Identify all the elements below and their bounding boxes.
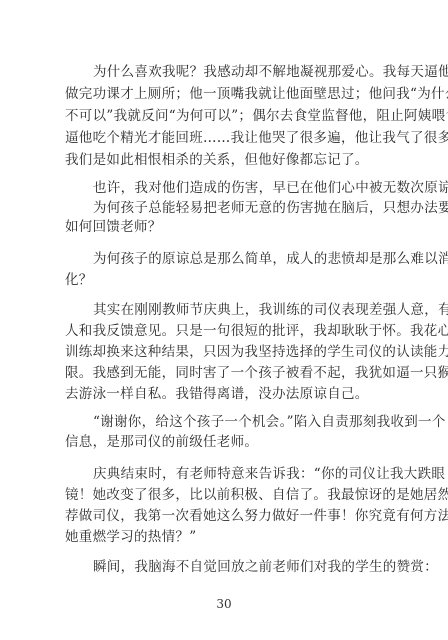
- text-line: 信息，是那司仪的前级任老师。: [65, 434, 387, 450]
- text-line: 荐做司仪，我第一次看她这么努力做好一件事！你究竟有何方法让: [65, 508, 387, 524]
- text-line: 庆典结束时，有老师特意来告诉我：“你的司仪让我大跌眼: [93, 466, 387, 482]
- text-line: 去游泳一样自私。我错得离谱，没办法原谅自己。: [65, 386, 387, 402]
- text-line: 如何回馈老师？: [65, 219, 387, 235]
- text-line: 不可以”我就反问“为何可以”；偶尔去食堂监督他，阻止阿姨喂食，: [65, 108, 387, 124]
- text-line: 做完功课才上厕所；他一顶嘴我就让他面壁思过；他问我“为什么: [65, 86, 387, 102]
- text-line: 也许，我对他们造成的伤害，早已在他们心中被无数次原谅。: [93, 180, 387, 196]
- text-line: 为何孩子的原谅总是那么简单，成人的悲愤却是那么难以消: [93, 251, 387, 267]
- text-line: 限。我感到无能，同时害了一个孩子被看不起，我犹如逼一只猴子: [65, 365, 387, 381]
- text-line: 为什么喜欢我呢？我感动却不解地凝视那爱心。我每天逼他: [93, 64, 387, 80]
- text-line: 人和我反馈意见。只是一句很短的批评，我却耿耿于怀。我花心思: [65, 323, 387, 339]
- page-number: 30: [0, 597, 448, 611]
- text-line: 逼他吃个精光才能回班……我让他哭了很多遍，他让我气了很多次，: [65, 130, 387, 146]
- text-line: 她重燃学习的热情？”: [65, 529, 387, 545]
- text-line: 训练却换来这种结果，只因为我坚持选择的学生司仪的认读能力有: [65, 344, 387, 360]
- text-line: “谢谢你，给这个孩子一个机会。”陷入自责那刻我收到一个: [93, 414, 387, 430]
- text-line: 瞬间，我脑海不自觉回放之前老师们对我的学生的赞赏：: [93, 559, 387, 575]
- text-line: 其实在刚刚教师节庆典上，我训练的司仪表现差强人意，有: [93, 302, 387, 318]
- text-line: 化？: [65, 272, 387, 288]
- text-line: 我们是如此相恨相杀的关系，但他好像都忘记了。: [65, 152, 387, 168]
- text-line: 镜！她改变了很多，比以前积极、自信了。我最惊讶的是她居然自: [65, 487, 387, 503]
- text-line: 为何孩子总能轻易把老师无意的伤害抛在脑后，只想办法要: [93, 200, 387, 216]
